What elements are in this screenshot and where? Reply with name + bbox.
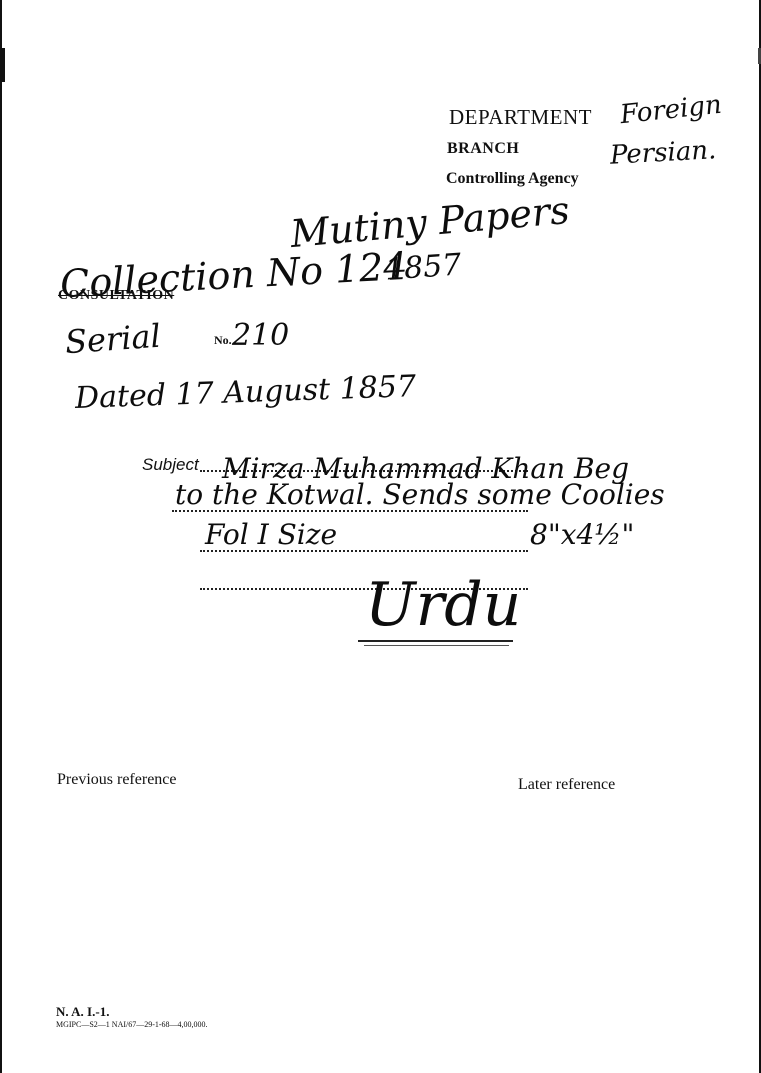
printer-line: MGIPC—S2—1 NAI/67—29-1-68—4,00,000.	[56, 1020, 208, 1029]
previous-reference-label: Previous reference	[57, 771, 177, 789]
serial-label: Serial	[64, 317, 162, 362]
department-value: Foreign	[619, 90, 723, 130]
branch-value: Persian.	[609, 135, 717, 171]
later-reference-label: Later reference	[518, 776, 615, 794]
collection-title: Mutiny Papers	[289, 188, 572, 256]
form-code: N. A. I.-1.	[56, 1004, 109, 1020]
scan-border-mark	[0, 48, 5, 82]
language-underline-2	[364, 645, 509, 646]
scan-border-left	[0, 0, 2, 1073]
subject-line-2: to the Kotwal. Sends some Coolies	[175, 478, 665, 511]
serial-no-value: 210	[232, 318, 289, 353]
document-page: DEPARTMENT Foreign BRANCH Persian. Contr…	[0, 0, 761, 1073]
subject-size: 8"x4½"	[530, 518, 634, 551]
consultation-label-struck: CONSULTATION	[58, 288, 174, 304]
subject-line-3: Fol I Size	[205, 518, 337, 551]
controlling-agency-label: Controlling Agency	[446, 170, 579, 188]
serial-no-label: No.	[214, 333, 232, 348]
branch-label: BRANCH	[447, 140, 519, 158]
language-underline	[358, 640, 513, 642]
date-line: Dated 17 August 1857	[74, 369, 416, 416]
department-label: DEPARTMENT	[449, 105, 592, 130]
subject-label: Subject	[142, 455, 199, 475]
subject-language: Urdu	[365, 570, 521, 640]
